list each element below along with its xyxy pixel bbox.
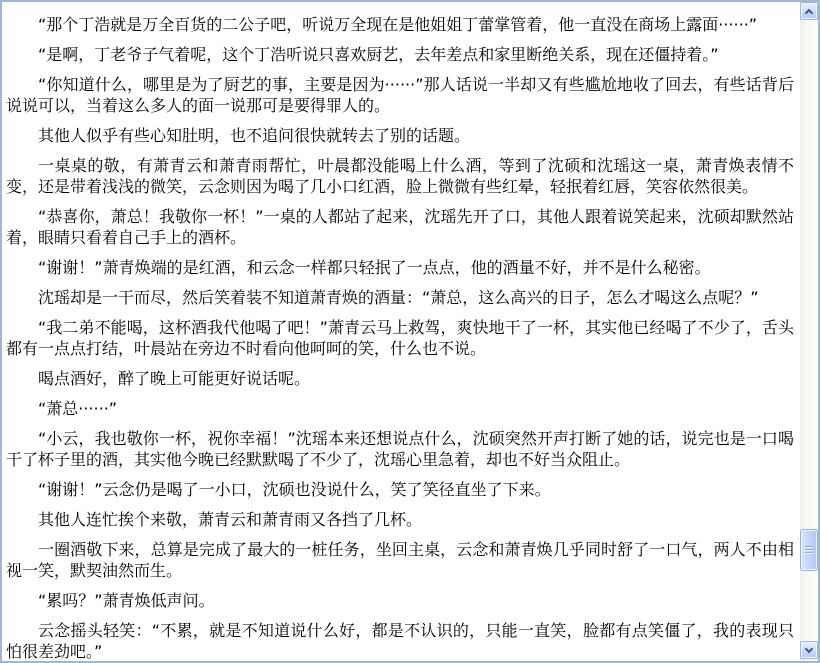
novel-paragraph: “那个丁浩就是万全百货的二公子吧，听说万全现在是他姐姐丁蕾掌管着，他一直没在商场… bbox=[6, 14, 794, 35]
scrollbar-track[interactable] bbox=[800, 20, 818, 641]
scrollbar-thumb[interactable] bbox=[800, 529, 818, 571]
novel-paragraph: “我二弟不能喝，这杯酒我代他喝了吧！”萧青云马上救驾，爽快地干了一杯，其实他已经… bbox=[6, 317, 794, 359]
novel-paragraph: 云念摇头轻笑：“不累，就是不知道说什么好，都是不认识的，只能一直笑，脸都有点笑僵… bbox=[6, 620, 794, 661]
scrollbar-grip-icon bbox=[805, 546, 813, 554]
novel-paragraph: 其他人似乎有些心知肚明，也不追问很快就转去了别的话题。 bbox=[6, 125, 794, 146]
novel-paragraph: “小云，我也敬你一杯，祝你幸福！”沈瑶本来还想说点什么，沈硕突然开声打断了她的话… bbox=[6, 428, 794, 470]
novel-paragraph: 一圈酒敬下来，总算是完成了最大的一桩任务，坐回主桌，云念和萧青焕几乎同时舒了一口… bbox=[6, 539, 794, 581]
novel-paragraph: “累吗？”萧青焕低声问。 bbox=[6, 590, 794, 611]
novel-paragraph: 沈瑶却是一干而尽，然后笑着装不知道萧青焕的酒量：“萧总，这么高兴的日子，怎么才喝… bbox=[6, 287, 794, 308]
novel-paragraph: “萧总······” bbox=[6, 398, 794, 419]
novel-paragraph: “你知道什么，哪里是为了厨艺的事，主要是因为······”那人话说一半却又有些尴… bbox=[6, 74, 794, 116]
novel-paragraph: 一桌桌的敬，有萧青云和萧青雨帮忙，叶晨都没能喝上什么酒，等到了沈硕和沈瑶这一桌，… bbox=[6, 155, 794, 197]
vertical-scrollbar[interactable] bbox=[800, 2, 818, 661]
novel-paragraph: “谢谢！”萧青焕端的是红酒，和云念一样都只轻抿了一点点，他的酒量不好，并不是什么… bbox=[6, 257, 794, 278]
novel-paragraph: “恭喜你，萧总！我敬你一杯！”一桌的人都站了起来，沈瑶先开了口，其他人跟着说笑起… bbox=[6, 206, 794, 248]
novel-paragraph: 其他人连忙挨个来敬，萧青云和萧青雨又各挡了几杯。 bbox=[6, 509, 794, 530]
novel-text-area: “那个丁浩就是万全百货的二公子吧，听说万全现在是他姐姐丁蕾掌管着，他一直没在商场… bbox=[2, 2, 800, 661]
novel-paragraph: “是啊，丁老爷子气着呢，这个丁浩听说只喜欢厨艺，去年差点和家里断绝关系，现在还僵… bbox=[6, 44, 794, 65]
chevron-down-icon bbox=[805, 645, 813, 653]
reader-page: “那个丁浩就是万全百货的二公子吧，听说万全现在是他姐姐丁蕾掌管着，他一直没在商场… bbox=[0, 0, 820, 663]
scroll-up-button[interactable] bbox=[800, 2, 818, 20]
novel-paragraph: 喝点酒好，醉了晚上可能更好说话呢。 bbox=[6, 368, 794, 389]
novel-paragraph: “谢谢！”云念仍是喝了一小口，沈硕也没说什么，笑了笑径直坐了下来。 bbox=[6, 479, 794, 500]
scroll-down-button[interactable] bbox=[800, 641, 818, 659]
chevron-up-icon bbox=[805, 9, 813, 17]
